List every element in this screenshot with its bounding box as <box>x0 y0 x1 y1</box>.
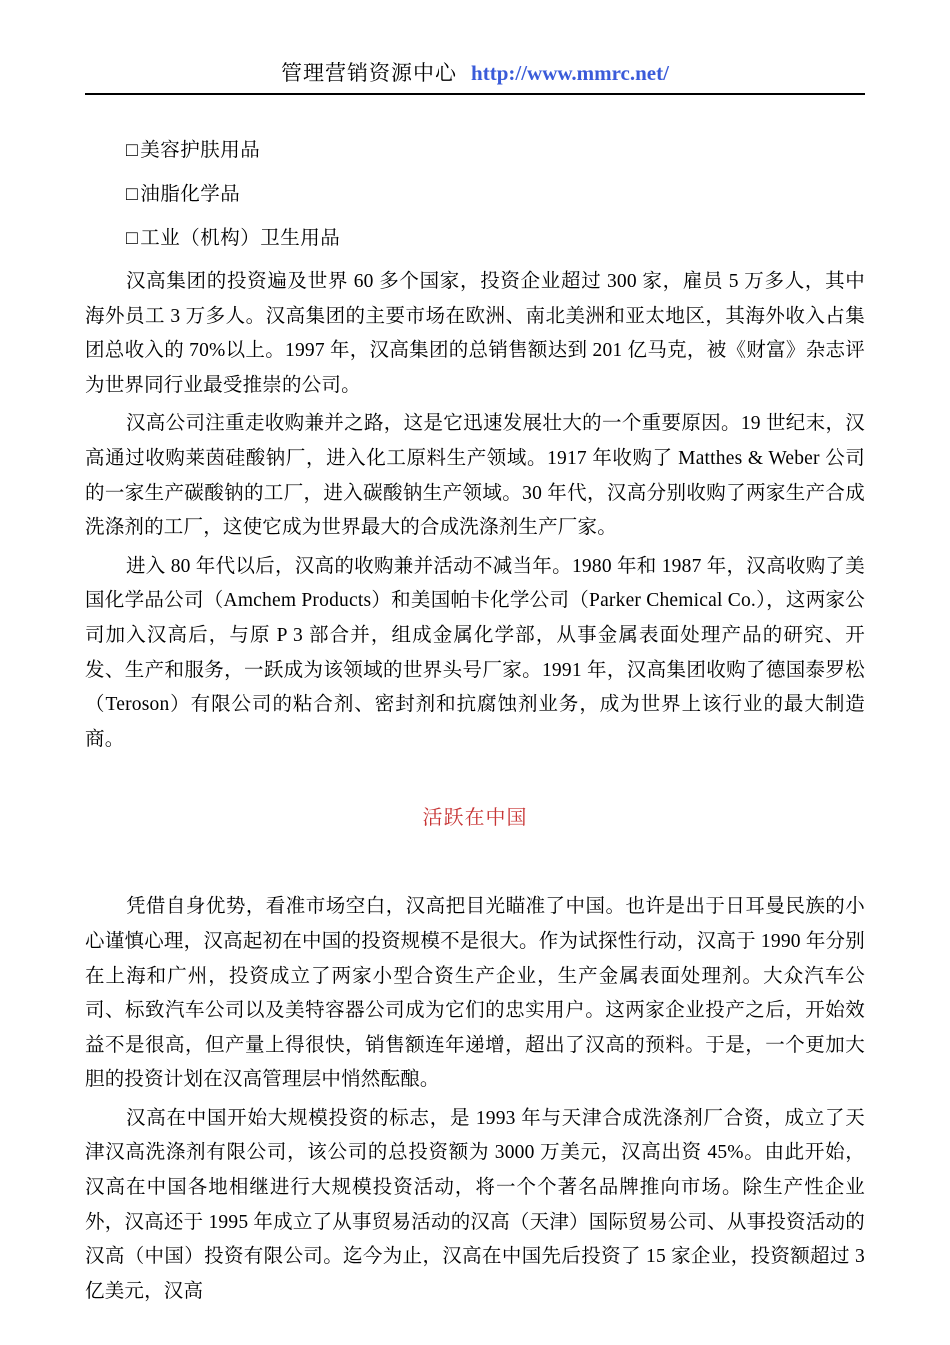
paragraph: 进入 80 年代以后，汉高的收购兼并活动不减当年。1980 年和 1987 年，… <box>85 550 865 758</box>
page-header: 管理营销资源中心 http://www.mmrc.net/ <box>85 0 865 86</box>
list-item: □油脂化学品 <box>126 177 865 212</box>
document-page: 管理营销资源中心 http://www.mmrc.net/ □美容护肤用品 □油… <box>0 0 950 1309</box>
checkbox-glyph: □ <box>126 228 138 249</box>
section-heading: 活跃在中国 <box>85 801 865 830</box>
site-url-link[interactable]: http://www.mmrc.net/ <box>471 60 669 86</box>
list-item-label: 油脂化学品 <box>140 184 240 205</box>
document-body: 汉高集团的投资遍及世界 60 多个国家，投资企业超过 300 家，雇员 5 万多… <box>85 265 865 1309</box>
list-item-label: 美容护肤用品 <box>140 140 260 161</box>
paragraph: 凭借自身优势，看准市场空白，汉高把目光瞄准了中国。也许是出于日耳曼民族的小心谨慎… <box>85 890 865 1098</box>
site-name: 管理营销资源中心 <box>281 60 457 86</box>
list-item: □工业（机构）卫生用品 <box>126 221 865 256</box>
list-item: □美容护肤用品 <box>126 133 865 168</box>
checkbox-glyph: □ <box>126 184 138 205</box>
paragraph: 汉高集团的投资遍及世界 60 多个国家，投资企业超过 300 家，雇员 5 万多… <box>85 265 865 403</box>
header-divider <box>85 93 865 95</box>
list-item-label: 工业（机构）卫生用品 <box>140 228 340 249</box>
checkbox-glyph: □ <box>126 140 138 161</box>
paragraph: 汉高在中国开始大规模投资的标志，是 1993 年与天津合成洗涤剂厂合资，成立了天… <box>85 1102 865 1310</box>
paragraph: 汉高公司注重走收购兼并之路，这是它迅速发展壮大的一个重要原因。19 世纪末，汉高… <box>85 407 865 545</box>
product-category-list: □美容护肤用品 □油脂化学品 □工业（机构）卫生用品 <box>85 133 865 256</box>
